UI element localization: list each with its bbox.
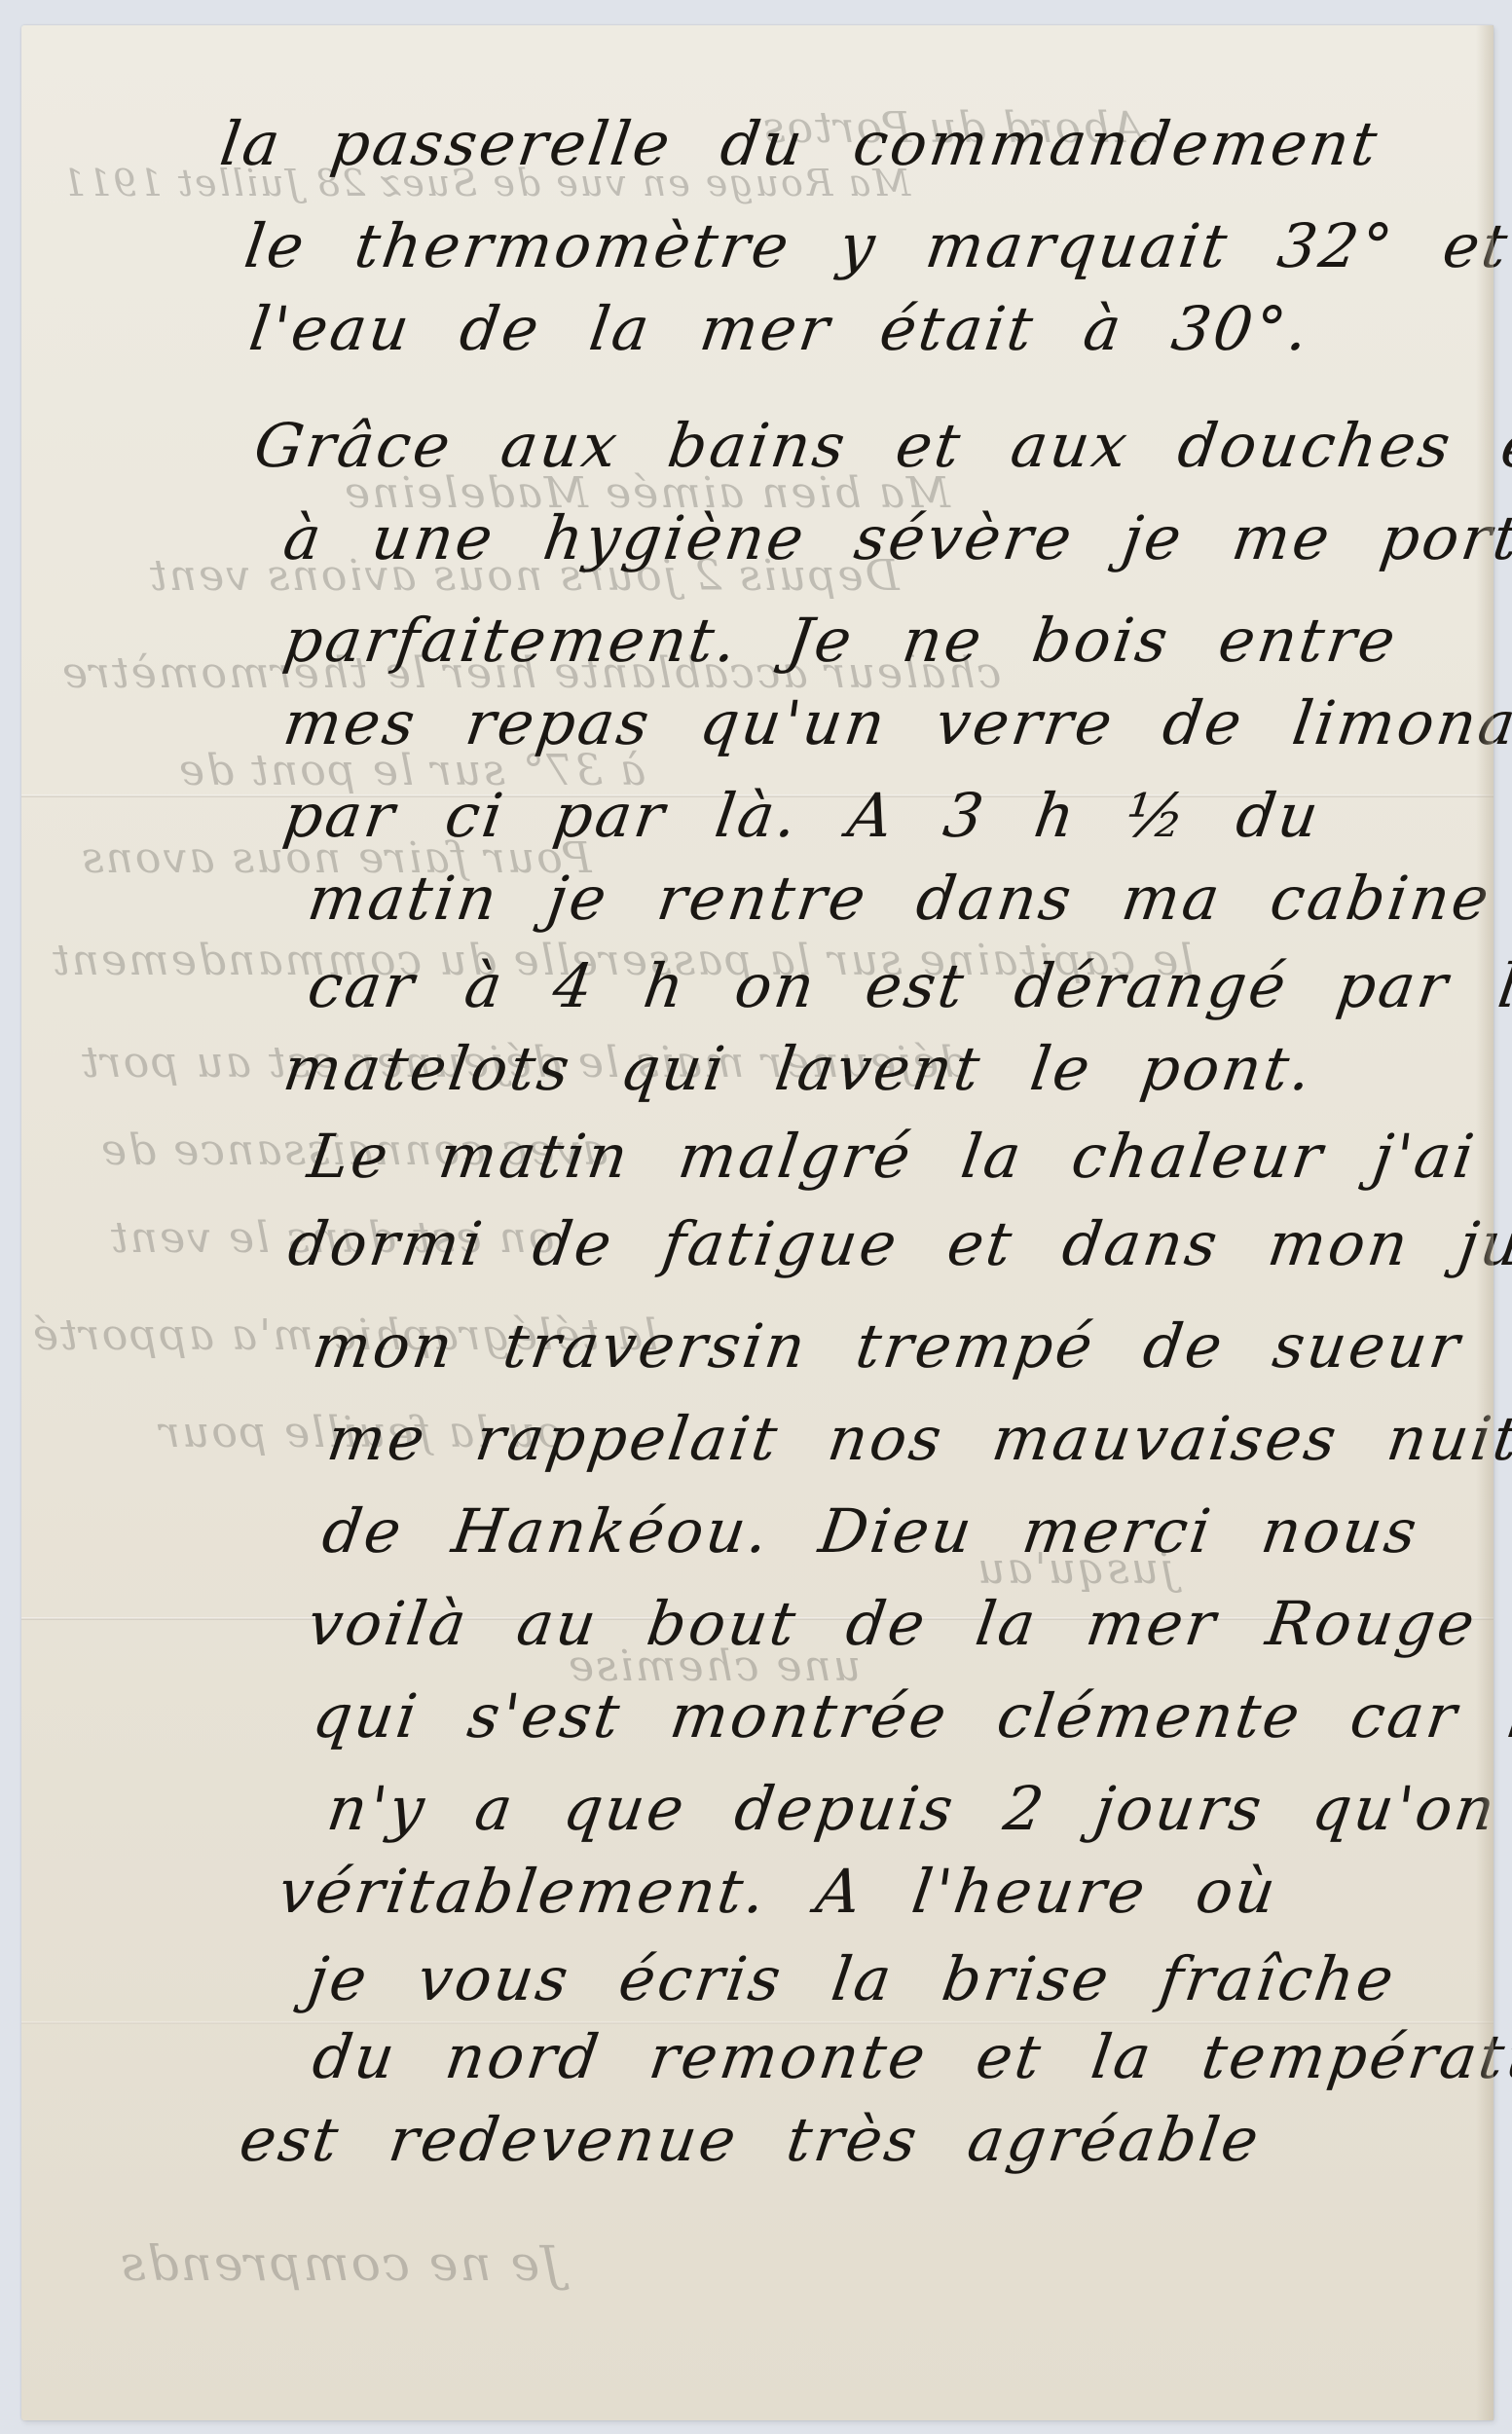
letter-line: Le matin malgré la chaleur j'ai [304,1121,1481,1192]
letter-line: parfaitement. Je ne bois entre [279,605,1402,676]
letter-line: le thermomètre y marquait 32° et [240,210,1512,281]
letter-line: l'eau de la mer était à 30°. [245,293,1315,364]
letter-line: matelots qui lavent le pont. [279,1033,1318,1104]
letter-line: la passerelle du commandement [216,108,1384,179]
letter-line: je vous écris la brise fraîche [304,1943,1401,2014]
letter-line: me rappelait nos mauvaises nuits [323,1403,1512,1474]
letter-line: matin je rentre dans ma cabine [304,863,1496,934]
letter-page: Abord du Portos Ma Rouge en vue de Suez … [21,25,1494,2420]
letter-line: est redevenue très agréable [236,2104,1266,2175]
letter-line: voilà au bout de la mer Rouge [304,1588,1482,1659]
letter-line: Grâce aux bains et aux douches et [250,410,1512,481]
letter-line: mes repas qu'un verre de limonade [279,687,1512,758]
letter-line: dormi de fatigue et dans mon jus [284,1208,1512,1279]
letter-line: mon traversin trempé de sueur [309,1310,1466,1382]
letter-line: n'y a que depuis 2 jours qu'on souffre [323,1773,1512,1844]
bleed-through-text: Je ne comprends [119,2235,561,2292]
letter-line: de Hankéou. Dieu merci nous [318,1495,1424,1567]
letter-line: car à 4 h on est dérangé par les [304,950,1512,1021]
letter-line: par ci par là. A 3 h ½ du [279,780,1325,851]
letter-line: qui s'est montrée clémente car il [309,1680,1512,1752]
letter-line: du nord remonte et la température [309,2021,1512,2092]
letter-line: à une hygiène sévère je me porte [279,502,1512,573]
letter-line: véritablement. A l'heure où [275,1856,1282,1927]
